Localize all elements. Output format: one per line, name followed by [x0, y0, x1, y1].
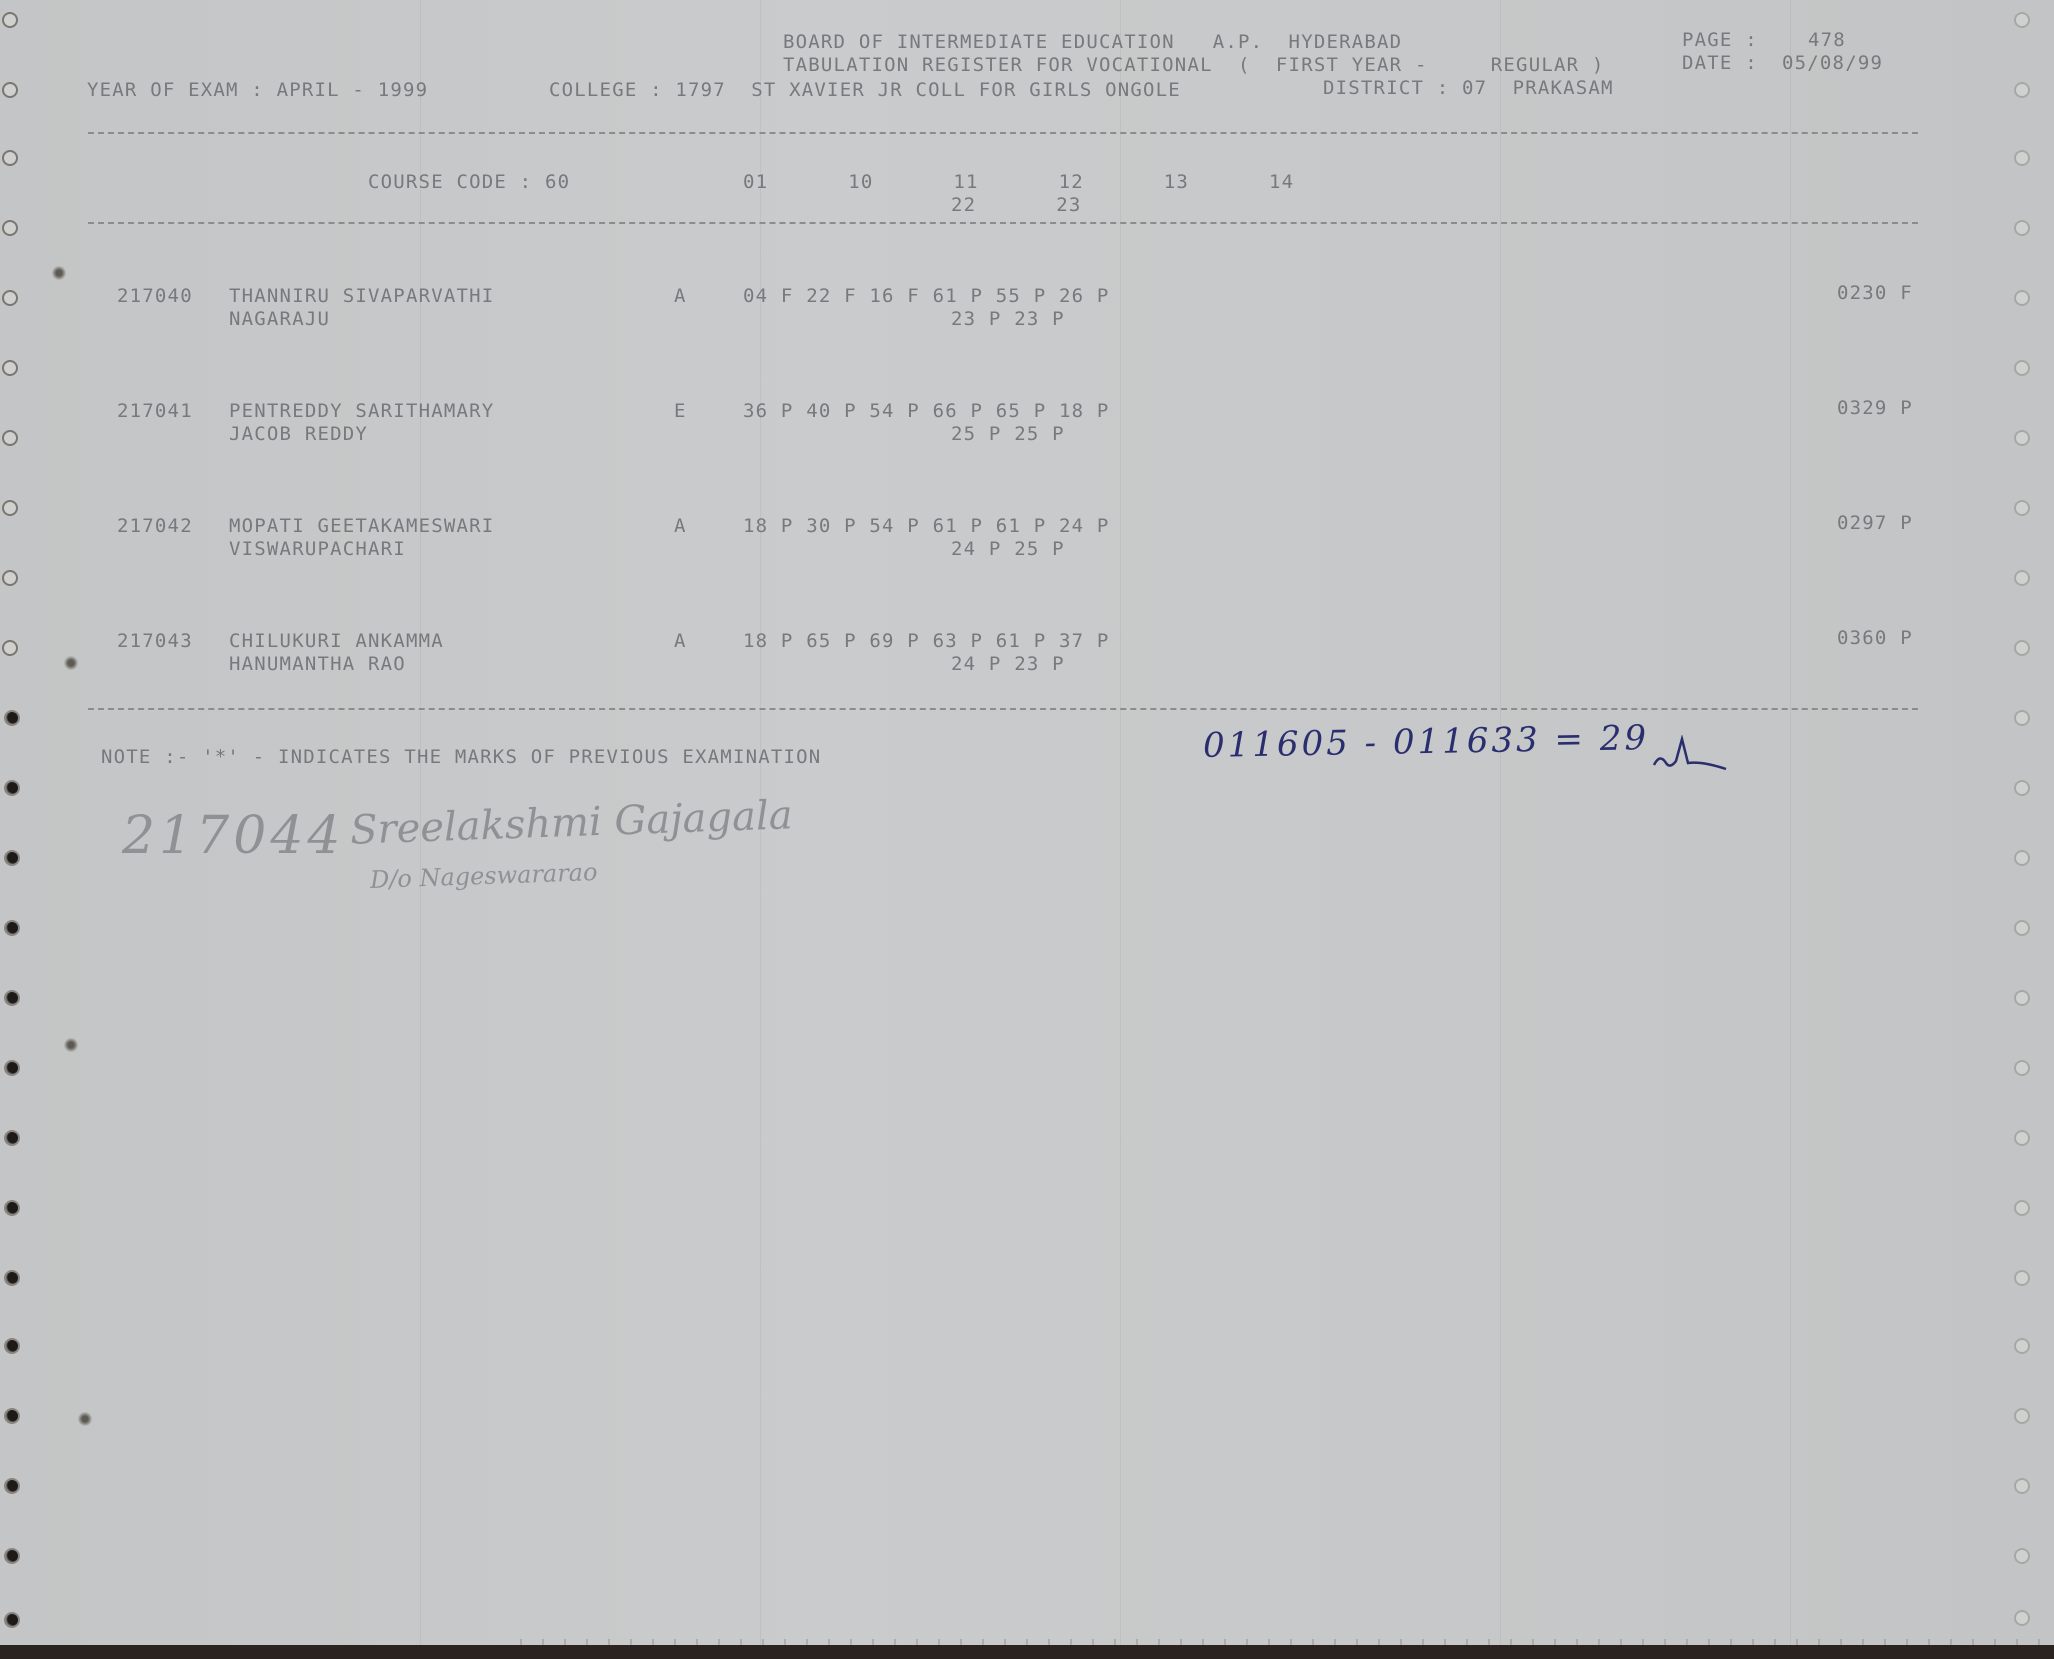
sprocket-hole [2014, 990, 2030, 1006]
paper-tear-mark [52, 266, 66, 280]
sprocket-hole [2014, 82, 2030, 98]
sprocket-hole [4, 780, 20, 796]
paper-tear-mark [64, 1038, 78, 1052]
column-guide [1500, 0, 1501, 1645]
sprocket-hole [2014, 360, 2030, 376]
pencil-student-name: Sreelakshmi Gajagala [349, 792, 793, 853]
course-code: COURSE CODE : 60 [368, 171, 570, 193]
marks-row2: 23 P 23 P [951, 308, 1065, 330]
parent-name: NAGARAJU [229, 308, 330, 330]
hall-ticket-number: 217043 [117, 630, 193, 652]
marks-row2: 25 P 25 P [951, 423, 1065, 445]
medium: A [674, 515, 687, 537]
sprocket-hole [2014, 430, 2030, 446]
sprocket-hole [2014, 640, 2030, 656]
paper-tear-mark [78, 1412, 92, 1426]
medium: A [674, 285, 687, 307]
handwritten-flourish-icon [1650, 735, 1730, 775]
district-info: DISTRICT : 07 PRAKASAM [1323, 77, 1614, 99]
marks-row1: 36 P 40 P 54 P 66 P 65 P 18 P [743, 400, 1110, 422]
divider-line [88, 222, 1918, 224]
sprocket-hole [2014, 780, 2030, 796]
hall-ticket-number: 217042 [117, 515, 193, 537]
sprocket-hole [2014, 1408, 2030, 1424]
sprocket-hole [4, 1612, 20, 1628]
sprocket-hole [2014, 290, 2030, 306]
scanner-bed-edge [0, 1645, 2054, 1659]
date-label: DATE : [1682, 52, 1758, 74]
student-name: PENTREDDY SARITHAMARY [229, 400, 494, 422]
subject-codes-row1: 01 10 11 12 13 14 [743, 171, 1294, 193]
sprocket-hole [4, 1270, 20, 1286]
divider-line [88, 708, 1918, 710]
sprocket-hole [2014, 920, 2030, 936]
sprocket-hole [2, 150, 18, 166]
total-result: 0297 P [1837, 512, 1913, 534]
sprocket-hole [4, 1408, 20, 1424]
sprocket-hole [4, 1130, 20, 1146]
subject-codes-row2: 22 23 [951, 194, 1081, 216]
pencil-hall-ticket: 217044 [122, 806, 345, 866]
tabulation-register-sheet: BOARD OF INTERMEDIATE EDUCATION A.P. HYD… [0, 0, 2054, 1645]
sprocket-hole [2, 430, 18, 446]
parent-name: VISWARUPACHARI [229, 538, 406, 560]
sprocket-hole [2, 570, 18, 586]
medium: A [674, 630, 687, 652]
sprocket-hole [2, 82, 18, 98]
sprocket-hole [4, 990, 20, 1006]
divider-line [88, 132, 1918, 134]
total-result: 0360 P [1837, 627, 1913, 649]
sprocket-hole [2014, 1338, 2030, 1354]
page-label: PAGE : [1682, 29, 1758, 51]
sprocket-hole [4, 1200, 20, 1216]
sprocket-hole [2, 640, 18, 656]
sprocket-hole [2014, 1200, 2030, 1216]
sprocket-hole [2, 220, 18, 236]
marks-row1: 04 F 22 F 16 F 61 P 55 P 26 P [743, 285, 1110, 307]
sprocket-hole [4, 1478, 20, 1494]
sprocket-hole [2014, 850, 2030, 866]
date-value: 05/08/99 [1782, 52, 1883, 74]
sprocket-hole [2014, 1270, 2030, 1286]
sprocket-hole [2, 500, 18, 516]
marks-row2: 24 P 25 P [951, 538, 1065, 560]
column-guide [1790, 0, 1791, 1645]
board-title: BOARD OF INTERMEDIATE EDUCATION A.P. HYD… [783, 31, 1402, 53]
hall-ticket-number: 217040 [117, 285, 193, 307]
sprocket-hole [4, 1548, 20, 1564]
sprocket-hole [2014, 500, 2030, 516]
student-name: MOPATI GEETAKAMESWARI [229, 515, 494, 537]
footnote: NOTE :- '*' - INDICATES THE MARKS OF PRE… [101, 746, 821, 768]
year-of-exam: YEAR OF EXAM : APRIL - 1999 [87, 79, 428, 101]
sprocket-hole [4, 920, 20, 936]
sprocket-hole [2014, 150, 2030, 166]
sprocket-hole [2014, 1478, 2030, 1494]
sprocket-hole [4, 1338, 20, 1354]
pencil-parent-name: D/o Nageswararao [370, 858, 598, 894]
sprocket-hole [2014, 710, 2030, 726]
paper-tear-mark [64, 656, 78, 670]
sprocket-hole [2, 290, 18, 306]
sprocket-hole [2014, 12, 2030, 28]
page-number: 478 [1808, 29, 1846, 51]
column-guide [1120, 0, 1121, 1645]
total-result: 0329 P [1837, 397, 1913, 419]
register-title: TABULATION REGISTER FOR VOCATIONAL ( FIR… [783, 54, 1605, 76]
student-name: THANNIRU SIVAPARVATHI [229, 285, 494, 307]
sprocket-hole [2014, 570, 2030, 586]
sprocket-hole [2014, 220, 2030, 236]
sprocket-hole [2, 12, 18, 28]
sprocket-hole [2014, 1610, 2030, 1626]
parent-name: HANUMANTHA RAO [229, 653, 406, 675]
sprocket-hole [4, 710, 20, 726]
sprocket-hole [2014, 1060, 2030, 1076]
marks-row1: 18 P 65 P 69 P 63 P 61 P 37 P [743, 630, 1110, 652]
sprocket-hole [4, 850, 20, 866]
marks-row1: 18 P 30 P 54 P 61 P 61 P 24 P [743, 515, 1110, 537]
sprocket-hole [2014, 1130, 2030, 1146]
sprocket-hole [2014, 1548, 2030, 1564]
handwritten-serial-range: 011605 - 011633 = 29 [1203, 718, 1650, 766]
parent-name: JACOB REDDY [229, 423, 368, 445]
medium: E [674, 400, 687, 422]
sprocket-hole [4, 1060, 20, 1076]
student-name: CHILUKURI ANKAMMA [229, 630, 444, 652]
marks-row2: 24 P 23 P [951, 653, 1065, 675]
hall-ticket-number: 217041 [117, 400, 193, 422]
sprocket-hole [2, 360, 18, 376]
college-info: COLLEGE : 1797 ST XAVIER JR COLL FOR GIR… [549, 79, 1181, 101]
total-result: 0230 F [1837, 282, 1913, 304]
